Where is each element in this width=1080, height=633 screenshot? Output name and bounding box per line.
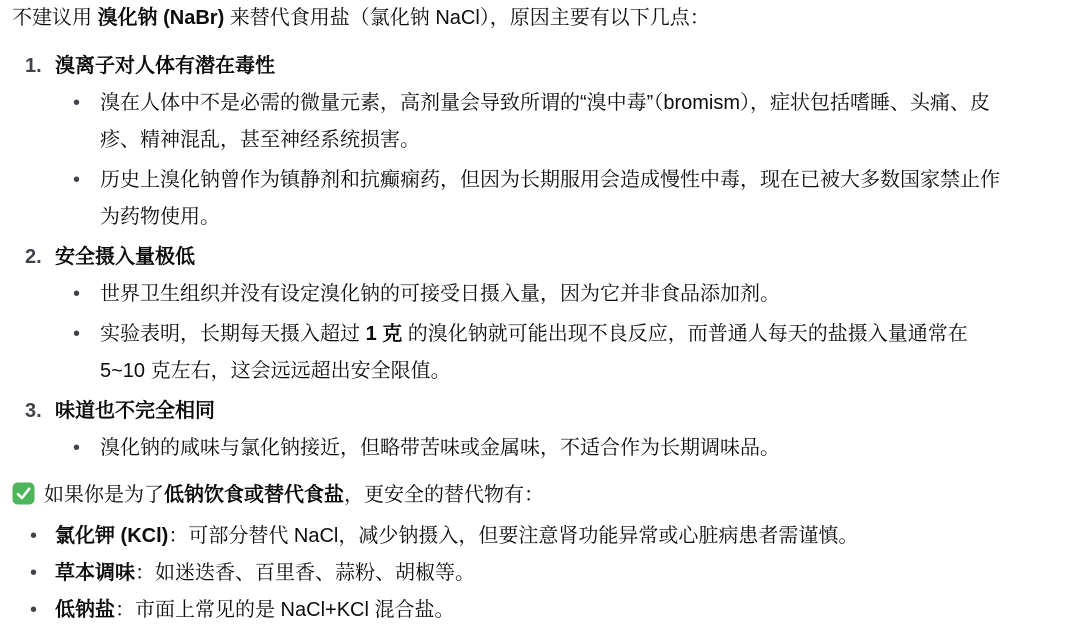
intro-text-pre: 不建议用 xyxy=(12,7,98,29)
lead-text-pre: 如果你是为了 xyxy=(44,484,164,506)
list-number: 3. xyxy=(25,393,55,430)
bullet-item: • 溴在人体中不是必需的微量元素，高剂量会导致所谓的“溴中毒”（bromism）… xyxy=(12,85,1064,159)
bullet-marker: • xyxy=(73,276,100,313)
numbered-item-1: 1. 溴离子对人体有潜在毒性 xyxy=(12,48,1064,85)
intro-paragraph: 不建议用 溴化钠 (NaBr) 来替代食用盐（氯化钠 NaCl），原因主要有以下… xyxy=(12,0,1064,36)
bullet-marker: • xyxy=(73,85,100,122)
numbered-item-heading: 安全摄入量极低 xyxy=(55,239,195,276)
reasons-numbered-list: 1. 溴离子对人体有潜在毒性 • 溴在人体中不是必需的微量元素，高剂量会导致所谓… xyxy=(12,48,1064,467)
bullet-text: 历史上溴化钠曾作为镇静剂和抗癫痫药，但因为长期服用会造成慢性中毒，现在已被大多数… xyxy=(100,162,1000,236)
alternative-item: • 低钠盐：市面上常见的是 NaCl+KCl 混合盐。 xyxy=(12,592,1064,629)
bullet-marker: • xyxy=(73,316,100,353)
bullet-marker: • xyxy=(30,555,55,592)
alternative-text: 氯化钾 (KCl)：可部分替代 NaCl，减少钠摄入，但要注意肾功能异常或心脏病… xyxy=(55,518,858,555)
alternative-text: 低钠盐：市面上常见的是 NaCl+KCl 混合盐。 xyxy=(55,592,454,629)
alternatives-list: • 氯化钾 (KCl)：可部分替代 NaCl，减少钠摄入，但要注意肾功能异常或心… xyxy=(12,518,1064,629)
alternative-item: • 草本调味：如迷迭香、百里香、蒜粉、胡椒等。 xyxy=(12,555,1064,592)
bullet-item: • 历史上溴化钠曾作为镇静剂和抗癫痫药，但因为长期服用会造成慢性中毒，现在已被大… xyxy=(12,162,1064,236)
numbered-item-3: 3. 味道也不完全相同 xyxy=(12,393,1064,430)
alternative-text: 草本调味：如迷迭香、百里香、蒜粉、胡椒等。 xyxy=(55,555,475,592)
bullet-item: • 实验表明，长期每天摄入超过 1 克 的溴化钠就可能出现不良反应，而普通人每天… xyxy=(12,316,1064,390)
numbered-item-heading: 溴离子对人体有潜在毒性 xyxy=(55,48,275,85)
numbered-item-2: 2. 安全摄入量极低 xyxy=(12,239,1064,276)
list-number: 1. xyxy=(25,48,55,85)
lead-text-post: ，更安全的替代物有： xyxy=(344,484,544,506)
intro-text-bold: 溴化钠 (NaBr) xyxy=(98,7,225,29)
bullet-text: 溴在人体中不是必需的微量元素，高剂量会导致所谓的“溴中毒”（bromism），症… xyxy=(100,85,1000,159)
bullet-marker: • xyxy=(30,518,55,555)
chat-response-document: 不建议用 溴化钠 (NaBr) 来替代食用盐（氯化钠 NaCl），原因主要有以下… xyxy=(0,0,1080,629)
bullet-item: • 溴化钠的咸味与氯化钠接近，但略带苦味或金属味，不适合作为长期调味品。 xyxy=(12,430,1064,467)
list-number: 2. xyxy=(25,239,55,276)
bullet-text: 世界卫生组织并没有设定溴化钠的可接受日摄入量，因为它并非食品添加剂。 xyxy=(100,276,780,313)
bullet-text: 溴化钠的咸味与氯化钠接近，但略带苦味或金属味，不适合作为长期调味品。 xyxy=(100,430,780,467)
bullet-marker: • xyxy=(73,430,100,467)
bullet-marker: • xyxy=(30,592,55,629)
bullet-text: 实验表明，长期每天摄入超过 1 克 的溴化钠就可能出现不良反应，而普通人每天的盐… xyxy=(100,316,1000,390)
alternatives-lead-paragraph: 如果你是为了低钠饮食或替代食盐，更安全的替代物有： xyxy=(12,477,1064,514)
bullet-marker: • xyxy=(73,162,100,199)
white-check-mark-emoji-icon xyxy=(12,482,35,505)
numbered-item-heading: 味道也不完全相同 xyxy=(55,393,215,430)
lead-text-bold: 低钠饮食或替代食盐 xyxy=(164,484,344,506)
intro-text-post: 来替代食用盐（氯化钠 NaCl），原因主要有以下几点： xyxy=(224,7,710,29)
bullet-item: • 世界卫生组织并没有设定溴化钠的可接受日摄入量，因为它并非食品添加剂。 xyxy=(12,276,1064,313)
alternative-item: • 氯化钾 (KCl)：可部分替代 NaCl，减少钠摄入，但要注意肾功能异常或心… xyxy=(12,518,1064,555)
